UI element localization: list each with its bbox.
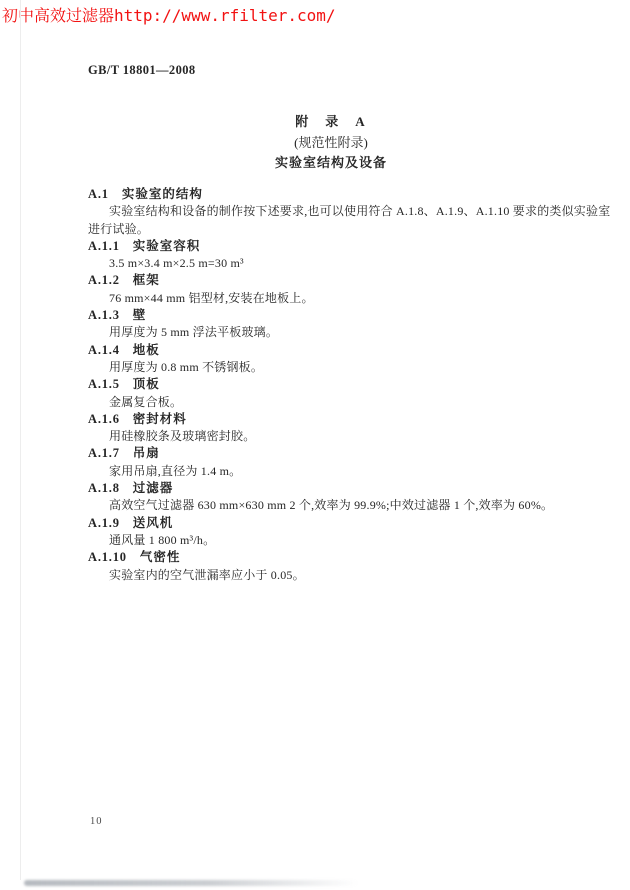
section-id: A.1.7 (88, 446, 120, 460)
section-id: A.1.4 (88, 343, 120, 357)
section-heading: A.1.8过滤器 (88, 480, 588, 497)
section: A.1.6密封材料 用硅橡胶条及玻璃密封胶。 (88, 411, 588, 446)
section: A.1.10气密性 实验室内的空气泄漏率应小于 0.05。 (88, 549, 588, 584)
section-id: A.1.3 (88, 308, 120, 322)
section-heading: A.1.3壁 (88, 307, 588, 324)
section: A.1.4地板 用厚度为 0.8 mm 不锈钢板。 (88, 342, 588, 377)
appendix-heading-block: 附 录 A (规范性附录) 实验室结构及设备 (88, 112, 574, 174)
section-body: 实验室内的空气泄漏率应小于 0.05。 (88, 567, 588, 584)
doc-number: GB/T 18801—2008 (88, 63, 196, 78)
section-body: 用厚度为 5 mm 浮法平板玻璃。 (88, 324, 588, 341)
section-heading: A.1.6密封材料 (88, 411, 588, 428)
section-id: A.1.10 (88, 550, 127, 564)
section-id: A.1.1 (88, 239, 120, 253)
section-title: 实验室容积 (133, 239, 201, 253)
document-body: A.1实验室的结构 实验室结构和设备的制作按下述要求,也可以使用符合 A.1.8… (88, 186, 588, 584)
appendix-name: 实验室结构及设备 (88, 153, 574, 174)
section-id: A.1.6 (88, 412, 120, 426)
watermark-url-text: 初中高效过滤器http://www.rfilter.com/ (2, 3, 336, 26)
section-id: A.1.8 (88, 481, 120, 495)
page-left-edge (20, 0, 21, 880)
section-heading: A.1.9送风机 (88, 515, 588, 532)
section-body: 金属复合板。 (88, 394, 588, 411)
section-title: 气密性 (140, 550, 181, 564)
section-id: A.1.2 (88, 273, 120, 287)
section-body: 实验室结构和设备的制作按下述要求,也可以使用符合 A.1.8、A.1.9、A.1… (88, 203, 588, 238)
section-heading: A.1.1实验室容积 (88, 238, 588, 255)
section-heading: A.1.4地板 (88, 342, 588, 359)
appendix-title: 附 录 A (88, 112, 574, 133)
page-number: 10 (90, 816, 103, 827)
section-body: 76 mm×44 mm 铝型材,安装在地板上。 (88, 290, 588, 307)
section-id: A.1 (88, 187, 109, 201)
section: A.1.5顶板 金属复合板。 (88, 376, 588, 411)
section: A.1.2框架 76 mm×44 mm 铝型材,安装在地板上。 (88, 272, 588, 307)
section-title: 吊扇 (133, 446, 160, 460)
page-bottom-shadow (24, 880, 358, 886)
section: A.1.9送风机 通风量 1 800 m³/h。 (88, 515, 588, 550)
section-body: 高效空气过滤器 630 mm×630 mm 2 个,效率为 99.9%;中效过滤… (88, 497, 588, 514)
section-title: 送风机 (133, 516, 174, 530)
section-heading: A.1.7吊扇 (88, 445, 588, 462)
section-heading: A.1.2框架 (88, 272, 588, 289)
section: A.1实验室的结构 实验室结构和设备的制作按下述要求,也可以使用符合 A.1.8… (88, 186, 588, 238)
section: A.1.7吊扇 家用吊扇,直径为 1.4 m。 (88, 445, 588, 480)
section-id: A.1.9 (88, 516, 120, 530)
section-title: 密封材料 (133, 412, 187, 426)
section-body: 用硅橡胶条及玻璃密封胶。 (88, 428, 588, 445)
appendix-subtitle: (规范性附录) (88, 133, 574, 154)
section-title: 实验室的结构 (122, 187, 203, 201)
section: A.1.1实验室容积 3.5 m×3.4 m×2.5 m=30 m³ (88, 238, 588, 273)
section-body: 用厚度为 0.8 mm 不锈钢板。 (88, 359, 588, 376)
section-title: 过滤器 (133, 481, 174, 495)
section: A.1.3壁 用厚度为 5 mm 浮法平板玻璃。 (88, 307, 588, 342)
section-body: 家用吊扇,直径为 1.4 m。 (88, 463, 588, 480)
section-id: A.1.5 (88, 377, 120, 391)
section-heading: A.1实验室的结构 (88, 186, 588, 203)
section-heading: A.1.10气密性 (88, 549, 588, 566)
section-title: 地板 (133, 343, 160, 357)
section-body: 通风量 1 800 m³/h。 (88, 532, 588, 549)
section-body: 3.5 m×3.4 m×2.5 m=30 m³ (88, 255, 588, 272)
section-title: 框架 (133, 273, 160, 287)
section-title: 顶板 (133, 377, 160, 391)
section-title: 壁 (133, 308, 147, 322)
section-heading: A.1.5顶板 (88, 376, 588, 393)
section: A.1.8过滤器 高效空气过滤器 630 mm×630 mm 2 个,效率为 9… (88, 480, 588, 515)
